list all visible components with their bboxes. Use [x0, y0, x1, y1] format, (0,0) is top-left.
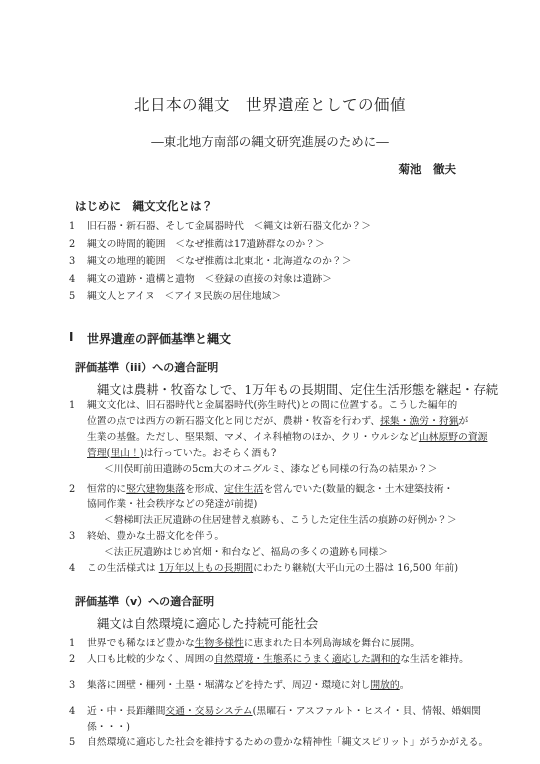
- section1-heading: I世界遺産の評価基準と縄文: [69, 330, 500, 347]
- c5-item-1: 1世界でも稀なほど豊かな生物多様性に恵まれた日本列島海域を舞台に展開。: [69, 636, 506, 652]
- text-content: 集落に囲壁・柵列・土塁・堀溝などを持たず、周辺・環境に対し開放的。: [87, 678, 506, 694]
- text-content: ＜法正尻遺跡はじめ宮畑・和台など、福島の多くの遺跡も同様＞: [104, 547, 388, 558]
- underlined-text: 1万年以上もの長期間: [159, 563, 253, 574]
- list-number: 2: [69, 652, 87, 668]
- c3-item-1-line2: 位置の点では西方の新石器文化と同じだが、農耕・牧畜を行わず、採集・漁労・狩猟が: [87, 414, 506, 430]
- text-content: 縄文は自然環境に適応した持続可能社会: [97, 617, 318, 631]
- author-name: 菊池 徹夫: [0, 161, 456, 177]
- text-run: 生業の基盤。ただし、堅果類、マメ、イネ科植物のほか、クリ・ウルシなど: [87, 432, 419, 443]
- criterion5-statement: 縄文は自然環境に適応した持続可能社会: [97, 614, 504, 632]
- text-content: 位置の点では西方の新石器文化と同じだが、農耕・牧畜を行わず、採集・漁労・狩猟が: [87, 416, 468, 427]
- text-run: 縄文文化は、旧石器時代と金属器時代(弥生時代)との間に位置する。こうした編年的: [87, 400, 457, 411]
- intro-item-4: 4縄文の遺跡・遺構と遺物 ＜登録の直接の対象は遺跡＞: [69, 271, 502, 289]
- list-number: 1: [69, 218, 87, 236]
- text-run: に恵まれた日本列島海域を舞台に展開。: [244, 638, 420, 649]
- intro-item-2: 2縄文の時間的範囲 ＜なぜ推薦は17遺跡群なのか？＞: [69, 236, 502, 254]
- text-run: 。: [400, 680, 410, 691]
- text-run: 評価基準（v）への適合証明: [75, 595, 214, 608]
- text-content: 縄文の時間的範囲 ＜なぜ推薦は17遺跡群なのか？＞: [87, 236, 502, 254]
- text-run: を形成、: [185, 484, 224, 495]
- text-run: 位置の点では西方の新石器文化と同じだが、農耕・牧畜を行わず、: [87, 416, 380, 427]
- text-content: 人口も比較的少なく、周囲の自然環境・生態系にうまく適応した調和的な生活を維持。: [87, 652, 506, 668]
- text-run: 自然環境に適応した社会を維持するための豊かな精神性「縄文スピリット」がうかがえる…: [87, 737, 488, 748]
- text-run: 恒常的に: [87, 484, 126, 495]
- list-number: 4: [69, 561, 87, 577]
- underlined-text: 開放的: [370, 680, 399, 691]
- c5-item-3: 3集落に囲壁・柵列・土塁・堀溝などを持たず、周辺・環境に対し開放的。: [69, 678, 506, 694]
- underlined-text: 竪穴建物集落: [126, 484, 185, 495]
- underlined-text: 交通・交易システム: [165, 706, 252, 717]
- c3-item-2-note: ＜磐梯町法正尻遺跡の住居建替え痕跡も、こうした定住生活の痕跡の好例か？＞: [104, 513, 510, 529]
- text-content: 恒常的に竪穴建物集落を形成、定住生活を営んでいた(数量的観念・土木建築技術・: [87, 482, 506, 498]
- text-content: 縄文文化は、旧石器時代と金属器時代(弥生時代)との間に位置する。こうした編年的: [87, 398, 506, 414]
- list-number: 1: [69, 636, 87, 652]
- list-number: 5: [69, 288, 87, 306]
- text-run: 縄文の地理的範囲 ＜なぜ推薦は北東北・北海道なのか？＞: [87, 256, 352, 267]
- text-content: 協同作業・社会秩序などの発達が前提): [87, 499, 257, 510]
- text-run: 世界でも稀なほど豊かな: [87, 638, 195, 649]
- text-run: 菊池 徹夫: [399, 162, 457, 176]
- text-content: 縄文の地理的範囲 ＜なぜ推薦は北東北・北海道なのか？＞: [87, 253, 502, 271]
- intro-item-5: 5縄文人とアイヌ ＜アイヌ民族の居住地域＞: [69, 288, 502, 306]
- underlined-text: 生物多様性: [195, 638, 244, 649]
- underlined-text: 自然環境・生態系にうまく適応した調和的: [214, 654, 400, 665]
- text-content: ＜川俣町前田遺跡の5cm大のオニグルミ、漆なども同様の行為の結果か？＞: [104, 464, 437, 475]
- text-run: 縄文人とアイヌ ＜アイヌ民族の居住地域＞: [87, 291, 281, 302]
- text-run: にわたり継続(大平山元の土器は 16,500 年前): [253, 563, 458, 574]
- text-run: この生活様式は: [87, 563, 159, 574]
- text-content: 近・中・長距離間交通・交易システム(黒曜石・アスファルト・ヒスイ・貝、情報、婚姻…: [87, 704, 506, 736]
- text-content: 評価基準（v）への適合証明: [75, 595, 214, 608]
- text-content: 終始、豊かな土器文化を伴う。: [87, 529, 506, 545]
- text-run: 縄文は自然環境に適応した持続可能社会: [97, 617, 318, 631]
- text-content: ＜磐梯町法正尻遺跡の住居建替え痕跡も、こうした定住生活の痕跡の好例か？＞: [104, 515, 457, 526]
- c5-item-4: 4近・中・長距離間交通・交易システム(黒曜石・アスファルト・ヒスイ・貝、情報、婚…: [69, 704, 506, 736]
- criterion3-heading: 評価基準（iii）への適合証明: [75, 359, 500, 375]
- text-content: 縄文は農耕・牧畜なしで、1万年もの長期間、定住生活形態を継起・存続: [97, 383, 498, 397]
- list-number: 2: [69, 236, 87, 254]
- list-number: 2: [69, 482, 87, 498]
- intro-heading: はじめに 縄文文化とは？: [75, 198, 500, 214]
- list-number: 3: [69, 253, 87, 271]
- text-content: 管理(里山！)は行っていた。おそらく酒も?: [87, 448, 276, 459]
- text-content: 菊池 徹夫: [399, 162, 457, 176]
- text-run: 人口も比較的少なく、周囲の: [87, 654, 214, 665]
- text-run: ＜川俣町前田遺跡の5cm大のオニグルミ、漆なども同様の行為の結果か？＞: [104, 464, 437, 475]
- c3-item-2-line2: 協同作業・社会秩序などの発達が前提): [87, 497, 506, 513]
- c3-item-2-line1: 2恒常的に竪穴建物集落を形成、定住生活を営んでいた(数量的観念・土木建築技術・: [69, 482, 506, 498]
- underlined-text: 採集・漁労・狩猟: [380, 416, 458, 427]
- criterion5-heading: 評価基準（v）への適合証明: [75, 593, 500, 609]
- text-run: な生活を維持。: [400, 654, 469, 665]
- text-run: 評価基準（iii）への適合証明: [75, 361, 218, 374]
- c3-item-3: 3終始、豊かな土器文化を伴う。: [69, 529, 506, 545]
- text-run: 世界遺産の評価基準と縄文: [87, 332, 231, 346]
- list-number: 4: [69, 271, 87, 289]
- text-run: 北日本の縄文 世界遺産としての価値: [134, 96, 406, 114]
- c3-item-1-line1: 1縄文文化は、旧石器時代と金属器時代(弥生時代)との間に位置する。こうした編年的: [69, 398, 506, 414]
- page-subtitle: ―東北地方南部の縄文研究進展のために―: [0, 132, 540, 150]
- c3-item-3-note: ＜法正尻遺跡はじめ宮畑・和台など、福島の多くの遺跡も同様＞: [104, 545, 510, 561]
- text-run: 縄文の遺跡・遺構と遺物 ＜登録の直接の対象は遺跡＞: [87, 274, 332, 285]
- text-run: ＜法正尻遺跡はじめ宮畑・和台など、福島の多くの遺跡も同様＞: [104, 547, 388, 558]
- list-number: 4: [69, 704, 87, 736]
- text-run: は行っていた。おそらく酒も?: [144, 448, 277, 459]
- text-run: ＜磐梯町法正尻遺跡の住居建替え痕跡も、こうした定住生活の痕跡の好例か？＞: [104, 515, 457, 526]
- c5-item-5: 5自然環境に適応した社会を維持するための豊かな精神性「縄文スピリット」がうかがえ…: [69, 735, 506, 751]
- underlined-text: 管理(里山！): [87, 448, 144, 459]
- text-run: が: [459, 416, 469, 427]
- text-content: ―東北地方南部の縄文研究進展のために―: [151, 134, 389, 149]
- text-content: 自然環境に適応した社会を維持するための豊かな精神性「縄文スピリット」がうかがえる…: [87, 735, 506, 751]
- underlined-text: 山林原野の資源: [419, 432, 488, 443]
- text-content: 生業の基盤。ただし、堅果類、マメ、イネ科植物のほか、クリ・ウルシなど山林原野の資…: [87, 432, 487, 443]
- c3-item-1-line3: 生業の基盤。ただし、堅果類、マメ、イネ科植物のほか、クリ・ウルシなど山林原野の資…: [87, 430, 506, 446]
- text-content: 縄文の遺跡・遺構と遺物 ＜登録の直接の対象は遺跡＞: [87, 271, 502, 289]
- c3-item-1-line4: 管理(里山！)は行っていた。おそらく酒も?: [87, 446, 506, 462]
- intro-item-3: 3縄文の地理的範囲 ＜なぜ推薦は北東北・北海道なのか？＞: [69, 253, 502, 271]
- text-run: ―東北地方南部の縄文研究進展のために―: [151, 134, 389, 149]
- text-run: 集落に囲壁・柵列・土塁・堀溝などを持たず、周辺・環境に対し: [87, 680, 370, 691]
- text-run: 近・中・長距離間: [87, 706, 165, 717]
- page-title: 北日本の縄文 世界遺産としての価値: [0, 0, 540, 115]
- text-run: 旧石器・新石器、そして金属器時代 ＜縄文は新石器文化か？＞: [87, 221, 371, 232]
- text-run: 縄文は農耕・牧畜なしで、1万年もの長期間、定住生活形態を継起・存続: [97, 383, 498, 397]
- text-content: 評価基準（iii）への適合証明: [75, 361, 218, 374]
- text-run: 協同作業・社会秩序などの発達が前提): [87, 499, 257, 510]
- list-number: 3: [69, 529, 87, 545]
- text-run: はじめに 縄文文化とは？: [75, 199, 213, 213]
- intro-item-1: 1旧石器・新石器、そして金属器時代 ＜縄文は新石器文化か？＞: [69, 218, 502, 236]
- list-number: I: [69, 330, 87, 347]
- c3-item-1-note: ＜川俣町前田遺跡の5cm大のオニグルミ、漆なども同様の行為の結果か？＞: [104, 462, 510, 478]
- list-number: 5: [69, 735, 87, 751]
- text-content: 世界遺産の評価基準と縄文: [87, 330, 500, 347]
- c5-item-2: 2人口も比較的少なく、周囲の自然環境・生態系にうまく適応した調和的な生活を維持。: [69, 652, 506, 668]
- text-content: はじめに 縄文文化とは？: [75, 199, 213, 213]
- text-run: を営んでいた(数量的観念・土木建築技術・: [263, 484, 453, 495]
- text-content: 世界でも稀なほど豊かな生物多様性に恵まれた日本列島海域を舞台に展開。: [87, 636, 506, 652]
- document-body: 北日本の縄文 世界遺産としての価値―東北地方南部の縄文研究進展のために―菊池 徹…: [0, 0, 540, 751]
- text-content: この生活様式は 1万年以上もの長期間にわたり継続(大平山元の土器は 16,500…: [87, 561, 506, 577]
- text-run: 縄文の時間的範囲 ＜なぜ推薦は17遺跡群なのか？＞: [87, 239, 325, 250]
- document-page: 北日本の縄文 世界遺産としての価値―東北地方南部の縄文研究進展のために―菊池 徹…: [0, 0, 540, 764]
- text-content: 北日本の縄文 世界遺産としての価値: [134, 96, 406, 114]
- list-number: 1: [69, 398, 87, 414]
- text-content: 旧石器・新石器、そして金属器時代 ＜縄文は新石器文化か？＞: [87, 218, 502, 236]
- list-number: 3: [69, 678, 87, 694]
- text-run: 終始、豊かな土器文化を伴う。: [87, 531, 224, 542]
- criterion3-statement: 縄文は農耕・牧畜なしで、1万年もの長期間、定住生活形態を継起・存続: [97, 380, 504, 398]
- text-content: 縄文人とアイヌ ＜アイヌ民族の居住地域＞: [87, 288, 502, 306]
- underlined-text: 定住生活: [224, 484, 263, 495]
- c3-item-4: 4この生活様式は 1万年以上もの長期間にわたり継続(大平山元の土器は 16,50…: [69, 561, 506, 577]
